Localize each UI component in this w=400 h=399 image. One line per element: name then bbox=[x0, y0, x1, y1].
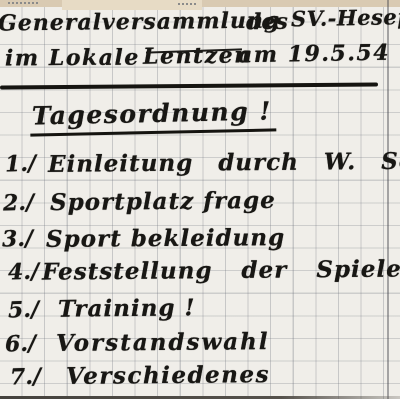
agenda-item-text: Einleitung durch W. Scheid bbox=[48, 147, 400, 178]
subtitle-locale-name: Lentzen bbox=[143, 42, 252, 70]
title-word-generalversammlung: Generalversammlung bbox=[0, 8, 280, 37]
agenda-item-text: Feststellung der Spieler bbox=[42, 255, 400, 285]
agenda-item-text: Sport bekleidung bbox=[46, 224, 285, 253]
agenda-heading: Tagesordnung ! bbox=[30, 96, 277, 136]
agenda-item-text: Vorstandswahl bbox=[56, 328, 270, 357]
item-number: 7./ bbox=[10, 363, 42, 390]
title-word-club-name: SV.-Hesepe bbox=[291, 4, 400, 32]
item-number: 4./ bbox=[8, 258, 40, 285]
agenda-item-text: Verschiedenes bbox=[66, 361, 270, 390]
scan-artifact-dots bbox=[8, 2, 38, 4]
subtitle-date: am 19.5.54 bbox=[238, 40, 390, 69]
item-number: 2./ bbox=[3, 189, 35, 216]
item-number: 1./ bbox=[5, 150, 37, 177]
item-number: 3./ bbox=[2, 225, 34, 252]
divider-rule bbox=[0, 83, 378, 90]
agenda-item-text: Sportplatz frage bbox=[50, 187, 276, 216]
title-word-des: des bbox=[246, 9, 288, 35]
subtitle-locale: im Lokale bbox=[5, 45, 140, 72]
item-number: 6./ bbox=[5, 330, 37, 357]
agenda-item-text: Training ! bbox=[58, 294, 196, 322]
scanned-document: Generalversammlung des SV.-Hesepe im Lok… bbox=[0, 0, 400, 399]
scan-artifact-dots bbox=[178, 3, 196, 5]
item-number: 5./ bbox=[8, 296, 40, 323]
